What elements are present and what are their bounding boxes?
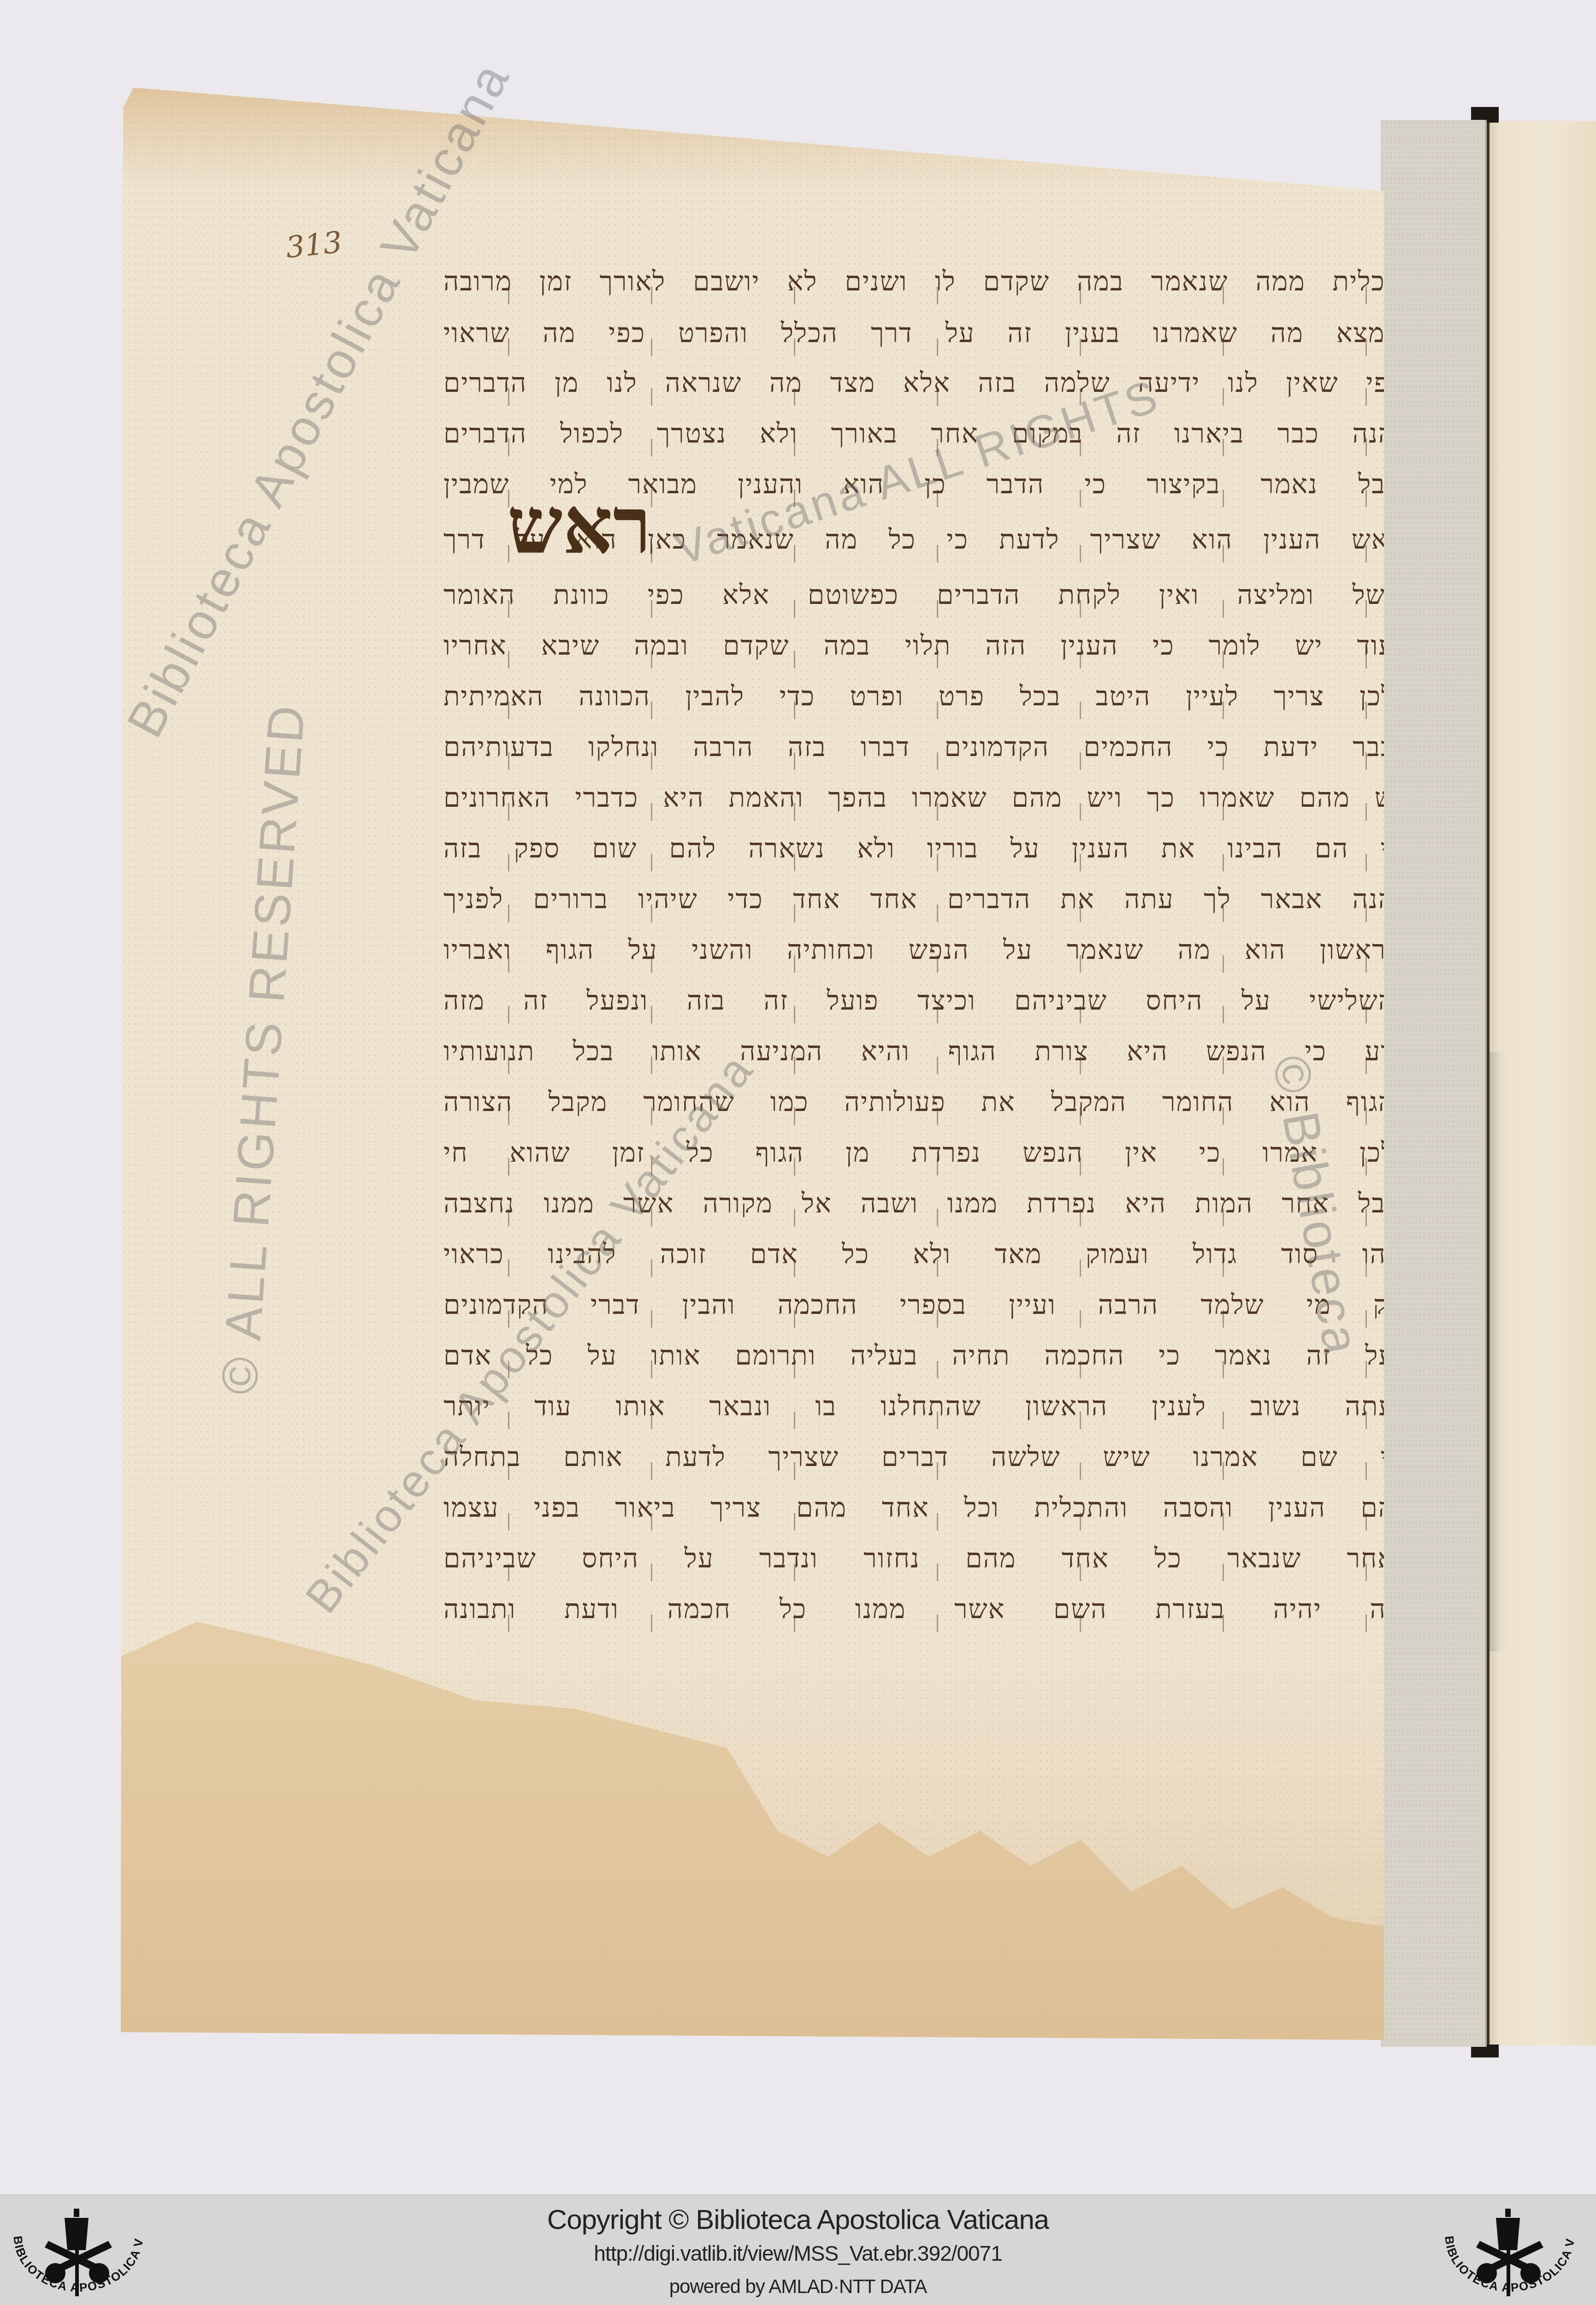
adjacent-folio-edge xyxy=(1487,121,1596,2045)
manuscript-line: וזה יהיה בעזרת השם אשר ממנו כל חכמה ודעת… xyxy=(443,1586,1384,1632)
manuscript-line: כי הם הבינו את הענין על בוריו ולא נשארה … xyxy=(443,825,1384,871)
manuscript-line: ונמצא מה שאמרנו בענין זה על דרך הכלל והפ… xyxy=(443,310,1384,356)
powered-by-credit: powered by AMLAD·NTT DATA xyxy=(0,2271,1596,2302)
manuscript-line: והנה כבר ביארנו זה במקום אחר באורך ולא נ… xyxy=(443,410,1384,456)
manuscript-line: ועתה נשוב לענין הראשון שהתחלנו בו ונבאר … xyxy=(443,1383,1384,1429)
footer-text-block: Copyright © Biblioteca Apostolica Vatica… xyxy=(0,2201,1596,2302)
manuscript-viewer: 313 תכלית ממה שנאמר במה שקדם לו ושנים לא… xyxy=(0,0,1596,2194)
decorated-initial-word: ראש xyxy=(507,479,613,585)
manuscript-line: ולכן צריך לעיין היטב בכל פרט ופרט כדי לה… xyxy=(443,673,1384,719)
folio-number: 313 xyxy=(284,225,343,265)
manuscript-line: והגוף הוא החומר המקבל את פעולותיה כמו שה… xyxy=(443,1079,1384,1125)
manuscript-line: והם הענין והסבה והתכלית וכל אחד מהם צריך… xyxy=(443,1484,1384,1531)
top-edge-stain xyxy=(121,88,1384,189)
manuscript-line: לפי שאין לנו ידיעה שלמה בזה אלא מצד מה ש… xyxy=(443,360,1384,406)
binding-guard-strip xyxy=(1381,120,1487,2047)
manuscript-line: ולכן אמרו כי אין הנפש נפרדת מן הגוף כל ז… xyxy=(443,1129,1384,1176)
manuscript-folio: 313 תכלית ממה שנאמר במה שקדם לו ושנים לא… xyxy=(121,88,1384,2040)
manuscript-line: והשלישי על היחס שביניהם וכיצד פועל זה בז… xyxy=(443,977,1384,1023)
manuscript-line: וזהו סוד גדול ועמוק מאד ולא כל אדם זוכה … xyxy=(443,1231,1384,1277)
manuscript-line: תכלית ממה שנאמר במה שקדם לו ושנים לא יוש… xyxy=(443,258,1384,304)
page-tear-mark xyxy=(1490,1052,1508,1651)
copyright-footer: BIBLIOTECA APOSTOLICA VATICANA Copyright… xyxy=(0,2194,1596,2305)
vatican-library-emblem-icon: BIBLIOTECA APOSTOLICA VATICANA xyxy=(1431,2204,1588,2305)
manuscript-line: אבל אחר המות היא נפרדת ממנו ושבה אל מקור… xyxy=(443,1180,1384,1226)
manuscript-line: וכבר ידעת כי החכמים הקדמונים דברו בזה הר… xyxy=(443,724,1384,770)
manuscript-line: הראשון הוא מה שנאמר על הנפש וכחותיה והשנ… xyxy=(443,927,1384,973)
manuscript-line: רק מי שלמד הרבה ועיין בספרי החכמה והבין … xyxy=(443,1282,1384,1328)
manuscript-line: כי שם אמרנו שיש שלשה דברים שצריך לדעת או… xyxy=(443,1434,1384,1480)
manuscript-line: ודע כי הנפש היא צורת הגוף והיא המניעה או… xyxy=(443,1028,1384,1074)
manuscript-line: ואחר שנבאר כל אחד מהם נחזור ונדבר על היח… xyxy=(443,1535,1384,1581)
manuscript-line: והנה אבאר לך עתה את הדברים אחד אחד כדי ש… xyxy=(443,876,1384,922)
permalink-url[interactable]: http://digi.vatlib.it/view/MSS_Vat.ebr.3… xyxy=(0,2238,1596,2269)
manuscript-line: ועוד יש לומר כי הענין הזה תלוי במה שקדם … xyxy=(443,622,1384,668)
manuscript-line: ועל זה נאמר כי החכמה תחיה בעליה ותרומם א… xyxy=(443,1332,1384,1378)
manuscript-line: יש מהם שאמרו כך ויש מהם שאמרו בהפך והאמת… xyxy=(443,774,1384,821)
copyright-notice: Copyright © Biblioteca Apostolica Vatica… xyxy=(0,2201,1596,2238)
